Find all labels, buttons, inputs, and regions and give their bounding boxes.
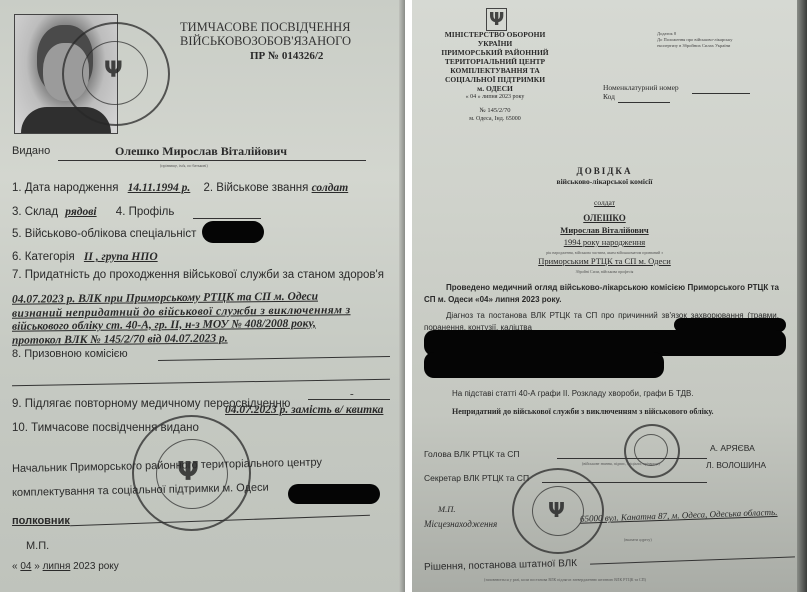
fitness-decision: 04.07.2023 р. ВЛК при Приморському РТЦК …: [12, 290, 351, 348]
coat-of-arms-icon: Ψ: [486, 8, 507, 31]
secretary-label: Секретар ВЛК РТЦК та СП: [424, 473, 529, 483]
head-label: Голова ВЛК РТЦК та СП: [424, 449, 520, 459]
certificate-title-1: ТИМЧАСОВЕ ПОСВІДЧЕННЯ: [180, 20, 351, 35]
person-rank: солдат: [412, 198, 797, 207]
person-birth-year: 1994 року народження: [412, 237, 797, 247]
issued-name: Олешко Мирослав Віталійович: [115, 144, 287, 159]
doc-title: ДОВІДКА: [412, 166, 797, 176]
rank: полковник: [12, 515, 70, 527]
nomenclature-label: Номенклатурний номер: [603, 83, 679, 92]
certificate-title-2: ВІЙСЬКОВОЗОБОВ'ЯЗАНОГО: [180, 34, 351, 49]
field-birth-date: 1. Дата народження 14.11.1994 р. 2. Війс…: [12, 182, 348, 194]
ministry-header: МІНІСТЕРСТВО ОБОРОНИ УКРАЇНИ ПРИМОРСЬКИЙ…: [430, 30, 560, 124]
location-caption: (вказати адресу): [624, 537, 652, 542]
paragraph-exam: Проведено медичний огляд військово-лікар…: [424, 282, 779, 306]
code-label: Код: [603, 92, 615, 101]
field-specialty: 5. Військово-облікова спеціальніст: [12, 228, 196, 240]
issued-label: Видано: [12, 145, 50, 157]
head-caption: (військове звання, підпис, ініціали, прі…: [582, 461, 660, 466]
field-conscription: 8. Призовною комісією: [12, 348, 128, 360]
seal-label-right: М.П.: [438, 504, 455, 514]
caption-unit: Збройні Сили, військова професія: [412, 269, 797, 274]
field-category: 6. Категорія II , група НПО: [12, 251, 158, 263]
redaction-specialty: [202, 221, 264, 243]
location-label: Місцезнаходження: [424, 519, 497, 529]
trident-emblem-icon: Ψ: [104, 58, 123, 83]
certificate-number: ПР № 014326/2: [250, 50, 323, 62]
issue-date: « 04 » липня 2023 року: [12, 561, 119, 572]
trident-emblem-icon: Ψ: [548, 498, 565, 522]
doc-subtitle: військово-лікарської комісії: [412, 177, 797, 186]
person-surname: ОЛЕШКО: [412, 213, 797, 223]
appendix-note: Додаток 8 До Положення про військово-лік…: [657, 31, 733, 49]
paragraph-verdict: Непридатний до військової служби з виклю…: [424, 405, 779, 418]
head-name: А. АРЯЄВА: [710, 443, 755, 453]
official-stamp-top: Ψ: [62, 22, 170, 126]
location-value: 65000 вул. Канатна 87, м. Одеса, Одеська…: [580, 504, 795, 525]
for-certificates-stamp: [624, 424, 680, 478]
field-issued-instead: 04.07.2023 р. замість в/ квитка: [225, 404, 383, 416]
field-fitness-label: 7. Придатність до проходження військової…: [12, 269, 384, 281]
paragraph-basis: На підставі статті 40-А графи II. Розкла…: [452, 389, 694, 398]
issued-caption: (прізвище, ім'я, по батькові): [160, 163, 208, 168]
official-stamp-bottom: Ψ: [132, 415, 251, 531]
redaction-chief-name: [288, 484, 380, 504]
military-medical-commission-certificate: Ψ МІНІСТЕРСТВО ОБОРОНИ УКРАЇНИ ПРИМОРСЬК…: [412, 0, 807, 592]
decision-caption: (заповнюється у разі, коли постанова ВЛК…: [484, 577, 646, 582]
field-composition: 3. Склад рядові 4. Профіль: [12, 206, 174, 218]
redaction-diagnosis-3: [424, 352, 664, 378]
secretary-name: Л. ВОЛОШИНА: [706, 460, 766, 470]
caption-birth: рік народження, військова частина, яким …: [412, 250, 797, 255]
temporary-military-certificate: Ψ ТИМЧАСОВЕ ПОСВІДЧЕННЯ ВІЙСЬКОВОЗОБОВ'Я…: [0, 0, 405, 592]
unit-name: Приморським РТЦК та СП м. Одеси: [412, 256, 797, 266]
decision-label: Рішення, постанова штатної ВЛК: [424, 558, 577, 573]
seal-label: М.П.: [26, 540, 49, 552]
person-given-names: Мирослав Віталійович: [412, 225, 797, 235]
